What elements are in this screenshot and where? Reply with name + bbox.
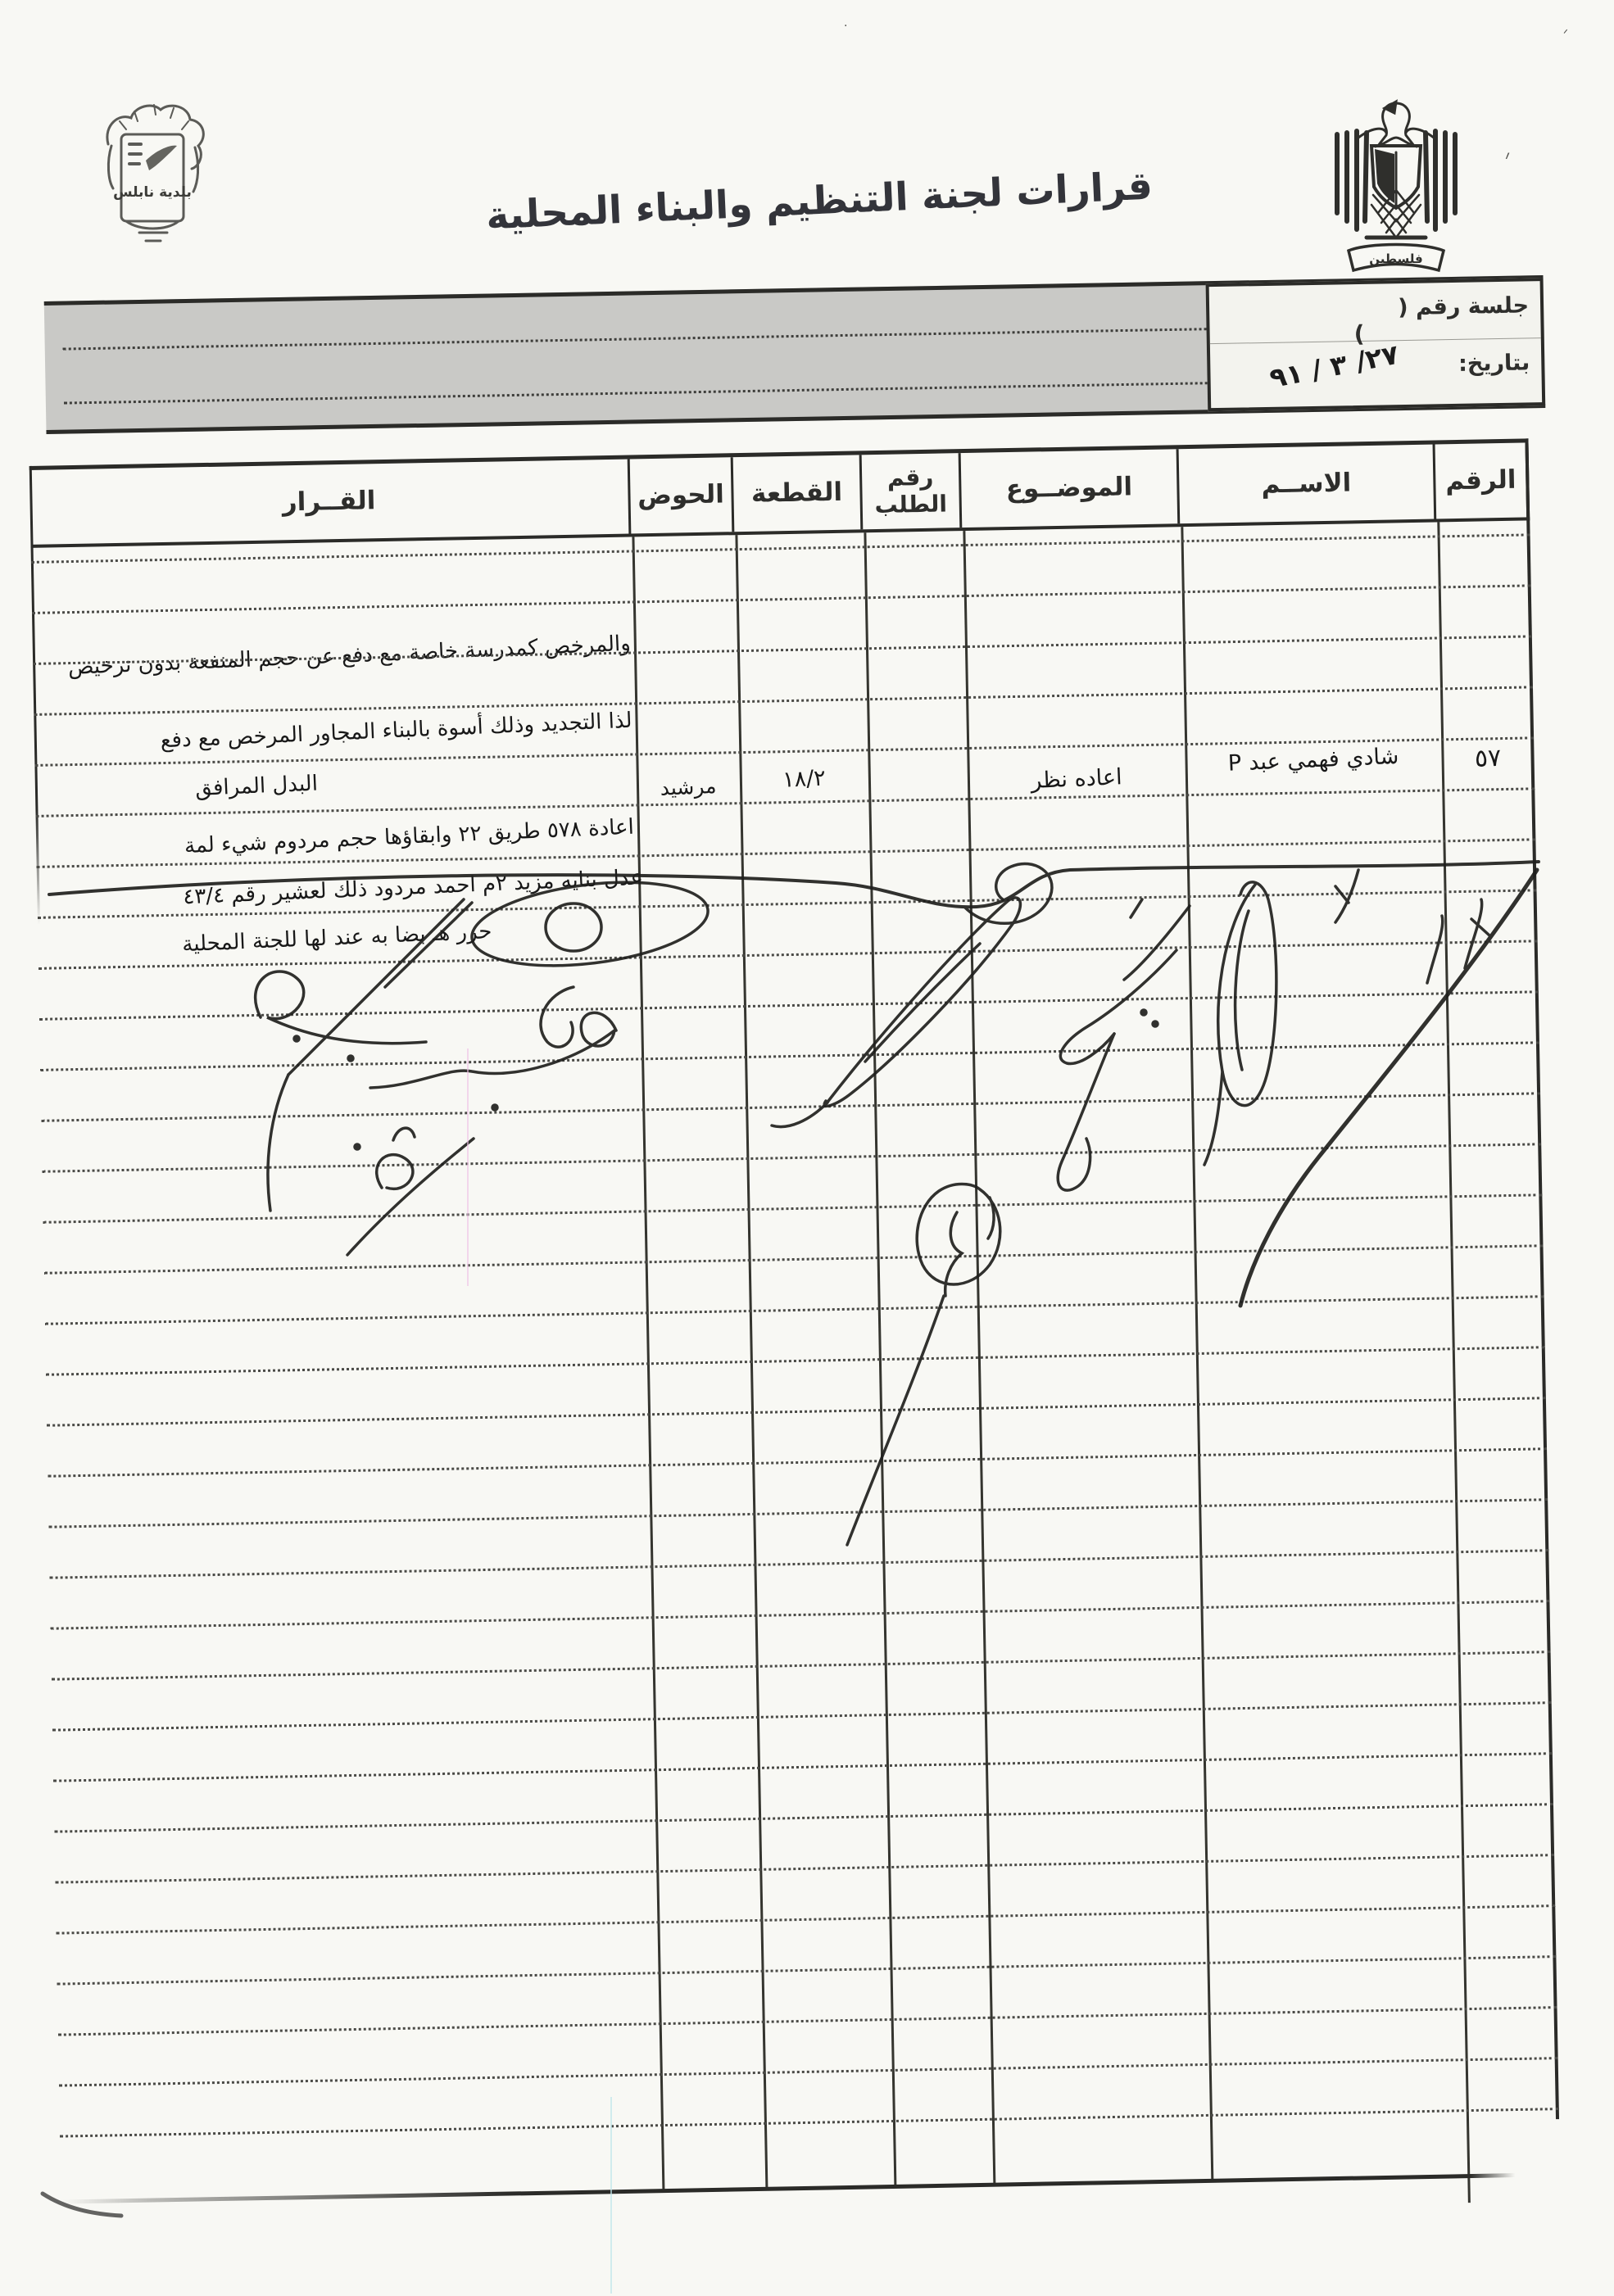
ruled-dotted-line (51, 1600, 1550, 1630)
decision-text-line: حرر هـ بضا به عند لها للجنة المحلية (161, 918, 514, 959)
row-plot-value: ١٨/٢ (739, 763, 868, 795)
session-date-row: بتاريخ: ٢٧/ ٣ / ٩١ (1210, 338, 1542, 401)
palestine-eagle-emblem: فلسطين (1314, 98, 1478, 283)
ruled-dotted-line (55, 1854, 1554, 1884)
band-dotted-line (63, 328, 1218, 351)
ruled-dotted-line (50, 1549, 1549, 1579)
ruled-dotted-line (39, 990, 1539, 1021)
ruled-dotted-line (53, 1752, 1553, 1782)
ruled-dotted-line (52, 1651, 1551, 1681)
eagle-graphic: فلسطين (1314, 98, 1478, 283)
ruled-dotted-line (32, 584, 1531, 614)
ruled-dotted-line (42, 1143, 1541, 1173)
page-speck: · (844, 20, 847, 33)
session-number-row: جلسة رقم ( ) (1209, 281, 1541, 344)
ruled-dotted-line (41, 1092, 1540, 1122)
ruled-dotted-line (48, 1447, 1547, 1478)
page-title: قرارات لجنة التنظيم والبناء المحلية (458, 162, 1181, 240)
row-subject-value: اعاده نظر (967, 762, 1186, 796)
ruled-dotted-line (60, 2108, 1559, 2138)
col-header-basin: الحوض (628, 457, 732, 533)
session-number-label: جلسة رقم ( (1398, 292, 1529, 320)
col-header-name: الاســم (1176, 445, 1435, 524)
band-dotted-line (64, 382, 1219, 405)
table-body: ٥٧ شادي فهمي عبد P اعاده نظر ١٨/٢ مرشيد … (31, 520, 1561, 2202)
page-speck: ؍ (1504, 149, 1511, 162)
ruled-dotted-line (40, 1041, 1539, 1071)
session-band: جلسة رقم ( ) بتاريخ: ٢٧/ ٣ / ٩١ (44, 275, 1546, 434)
session-info-box: جلسة رقم ( ) بتاريخ: ٢٧/ ٣ / ٩١ (1206, 278, 1546, 411)
ruled-dotted-line (45, 1295, 1544, 1325)
ruled-dotted-line (59, 2057, 1558, 2087)
ruled-dotted-line (47, 1397, 1546, 1427)
municipal-seal-text: بلدية نابلس (113, 184, 192, 201)
ruled-dotted-line (57, 1904, 1556, 1935)
eagle-banner-text: فلسطين (1369, 251, 1422, 266)
decision-text-line: لذا التجديد وذلك أسوة بالبناء المجاور ال… (40, 709, 632, 759)
col-header-plot: القطعة (731, 455, 861, 532)
municipal-seal: بلدية نابلس (92, 97, 215, 252)
col-header-request-no: رقم الطلب (859, 453, 960, 529)
ruled-dotted-line (52, 1701, 1552, 1732)
row-basin-value: مرشيد (636, 773, 740, 801)
ruled-dotted-line (54, 1803, 1553, 1833)
col-header-decision: القــرار (29, 460, 629, 545)
col-header-number: الرقم (1433, 442, 1527, 519)
ruled-dotted-line (44, 1244, 1544, 1275)
ruled-dotted-line (58, 2006, 1557, 2036)
scanned-document-page: بلدية نابلس قرارات لجنة التنظيم والبناء … (0, 0, 1614, 2296)
municipal-seal-graphic: بلدية نابلس (92, 97, 215, 252)
ruled-dotted-line (43, 1193, 1543, 1224)
row-number-value: ٥٧ (1441, 742, 1535, 775)
ruled-dotted-line (48, 1498, 1548, 1528)
ruled-dotted-line (57, 1955, 1557, 1986)
decision-text-line: البدل المرافق (120, 772, 318, 805)
page-speck: ᐟ (1563, 28, 1568, 41)
decisions-table: الرقم الاســم الموضــوع رقم الطلب القطعة… (29, 438, 1561, 2202)
row-name-value: شادي فهمي عبد P (1185, 742, 1442, 778)
ruled-dotted-line (46, 1346, 1545, 1376)
col-header-subject: الموضــوع (959, 449, 1178, 528)
ruled-dotted-line (34, 686, 1533, 716)
session-date-label: بتاريخ: (1458, 350, 1530, 377)
